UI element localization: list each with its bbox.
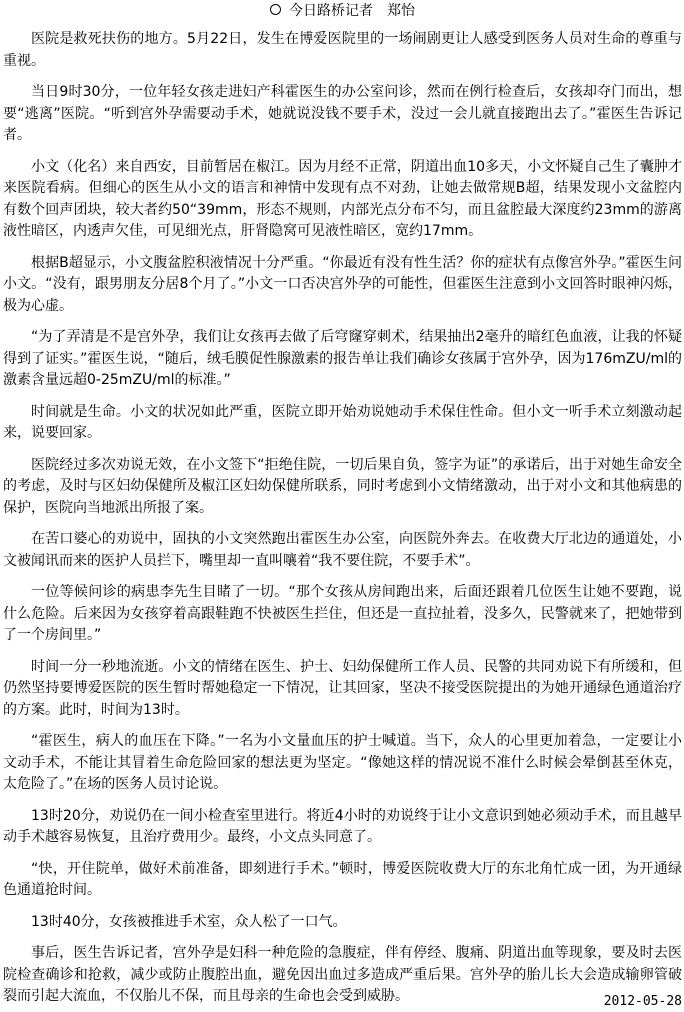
paragraph: 13时40分，女孩被推进手术室，众人松了一口气。 [3, 912, 682, 934]
article-page: 今日路桥记者郑怡 医院是救死扶伤的地方。5月22日，发生在博爱医院里的一场闹剧更… [0, 0, 684, 1012]
paragraph: 13时20分，劝说仍在一间小检查室里进行。将近4小时的劝说终于让小文意识到她必须… [3, 806, 682, 849]
reporter-label: 今日路桥记者 [289, 3, 373, 19]
paragraph: “快，开住院单，做好术前准备，即刻进行手术。”顿时，博爱医院收费大厅的东北角忙成… [3, 859, 682, 902]
paragraph: 时间一分一秒地流逝。小文的情绪在医生、护士、妇幼保健所工作人员、民警的共同劝说下… [3, 657, 682, 722]
paragraph: 医院是救死扶伤的地方。5月22日，发生在博爱医院里的一场闹剧更让人感受到医务人员… [3, 29, 682, 72]
paragraph: 时间就是生命。小文的状况如此严重，医院立即开始劝说她动手术保住性命。但小文一听手… [3, 402, 682, 445]
paragraph: 在苦口婆心的劝说中，固执的小文突然跑出霍医生办公室，向医院外奔去。在收费大厅北边… [3, 529, 682, 572]
paragraph: 事后，医生告诉记者，宫外孕是妇科一种危险的急腹症，伴有停经、腹痛、阴道出血等现象… [3, 943, 682, 1008]
paragraph: 一位等候问诊的病患李先生目睹了一切。“那个女孩从房间跑出来，后面还跟着几位医生让… [3, 582, 682, 647]
paragraph: 根据B超显示，小文腹盆腔积液情况十分严重。“你最近有没有性生活？你的症状有点像宫… [3, 253, 682, 318]
paragraph: “霍医生，病人的血压在下降。”一名为小文量血压的护士喊道。当下，众人的心里更加着… [3, 731, 682, 796]
reporter-name: 郑怡 [387, 3, 415, 19]
byline: 今日路桥记者郑怡 [3, 0, 682, 21]
paragraph: 小文（化名）来自西安，目前暂居在椒江。因为月经不正常，阴道出血10多天，小文怀疑… [3, 157, 682, 243]
circle-icon [270, 4, 281, 15]
article-body: 医院是救死扶伤的地方。5月22日，发生在博爱医院里的一场闹剧更让人感受到医务人员… [3, 29, 682, 1008]
paragraph: “为了弄清是不是宫外孕，我们让女孩再去做了后穹窿穿刺术，结果抽出2毫升的暗红色血… [3, 327, 682, 392]
publish-date: 2012-05-28 [604, 994, 682, 1010]
paragraph: 当日9时30分，一位年轻女孩走进妇产科霍医生的办公室问诊，然而在例行检查后，女孩… [3, 82, 682, 147]
paragraph: 医院经过多次劝说无效，在小文签下“拒绝住院，一切后果自负，签字为证”的承诺后，出… [3, 455, 682, 520]
